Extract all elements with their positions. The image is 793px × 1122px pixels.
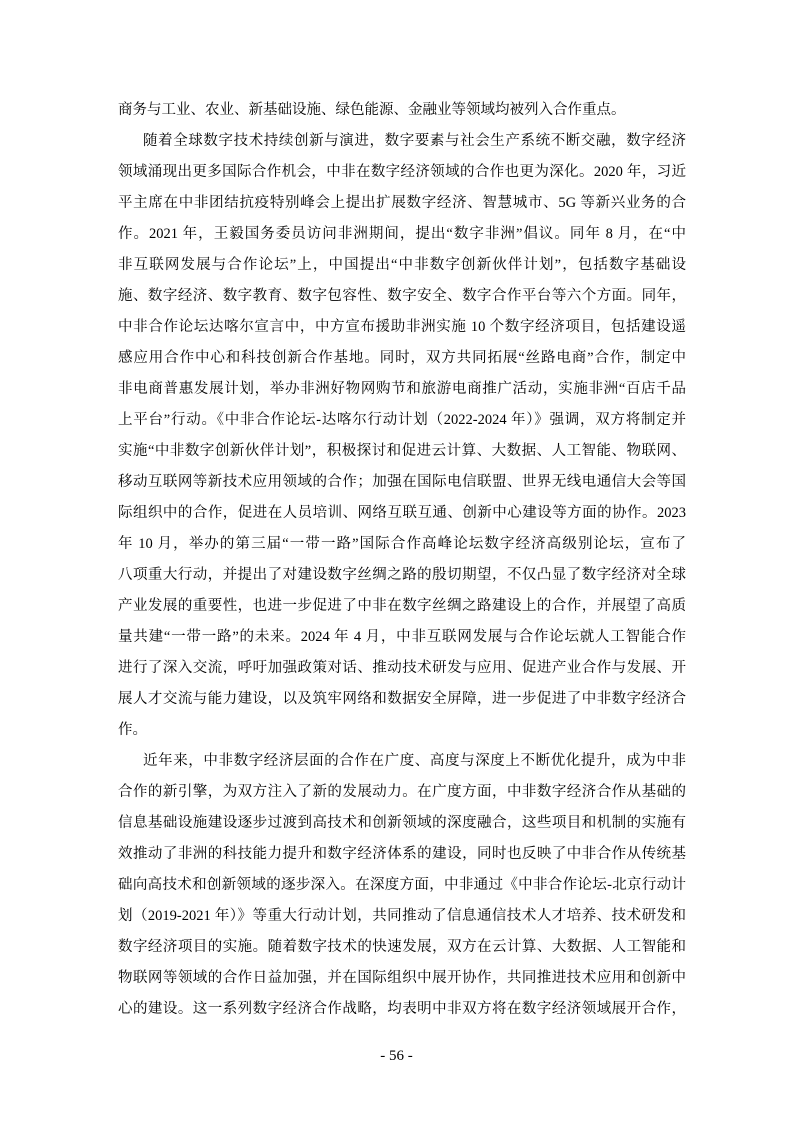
text-line: 八项重大行动，并提出了对建设数字丝绸之路的殷切期望，不仅凸显了数字经济对全球 xyxy=(118,560,686,591)
text-line: 年 10 月，举办的第三届“一带一路”国际合作高峰论坛数字经济高级别论坛，宣布了 xyxy=(118,529,686,560)
text-line: 上平台”行动。《中非合作论坛-达喀尔行动计划（2022-2024 年）》强调，双… xyxy=(118,405,686,436)
text-line: 作。2021 年，王毅国务委员访问非洲期间，提出“数字非洲”倡议。同年 8 月，… xyxy=(118,219,686,250)
page-number: - 56 - xyxy=(380,1048,413,1064)
text-line: 平主席在中非团结抗疫特别峰会上提出扩展数字经济、智慧城市、5G 等新兴业务的合 xyxy=(118,188,686,219)
text-line: 中非合作论坛达喀尔宣言中，中方宣布援助非洲实施 10 个数字经济项目，包括建设遥 xyxy=(118,312,686,343)
text-line: 划（2019-2021 年）》等重大行动计划，共同推动了信息通信技术人才培养、技… xyxy=(118,901,686,932)
text-line: 进行了深入交流，呼吁加强政策对话、推动技术研发与应用、促进产业合作与发展、开 xyxy=(118,653,686,684)
text-line: 展人才交流与能力建设，以及筑牢网络和数据安全屏障，进一步促进了中非数字经济合 xyxy=(118,684,686,715)
text-line: 数字经济项目的实施。随着数字技术的快速发展，双方在云计算、大数据、人工智能和 xyxy=(118,932,686,963)
text-line: 随着全球数字技术持续创新与演进，数字要素与社会生产系统不断交融，数字经济 xyxy=(118,126,686,157)
text-line: 施、数字经济、数字教育、数字包容性、数字安全、数字合作平台等六个方面。同年， xyxy=(118,281,686,312)
text-line: 际组织中的合作，促进在人员培训、网络互联互通、创新中心建设等方面的协作。2023 xyxy=(118,498,686,529)
document-body: 商务与工业、农业、新基础设施、绿色能源、金融业等领域均被列入合作重点。随着全球数… xyxy=(118,95,686,1025)
text-line: 近年来，中非数字经济层面的合作在广度、高度与深度上不断优化提升，成为中非 xyxy=(118,746,686,777)
text-line: 商务与工业、农业、新基础设施、绿色能源、金融业等领域均被列入合作重点。 xyxy=(118,95,686,126)
text-line: 作。 xyxy=(118,715,686,746)
text-line: 非互联网发展与合作论坛”上，中国提出“中非数字创新伙伴计划”，包括数字基础设 xyxy=(118,250,686,281)
text-line: 础向高技术和创新领域的逐步深入。在深度方面，中非通过《中非合作论坛-北京行动计 xyxy=(118,870,686,901)
page-footer: - 56 - xyxy=(0,1044,793,1068)
text-line: 物联网等领域的合作日益加强，并在国际组织中展开协作，共同推进技术应用和创新中 xyxy=(118,963,686,994)
text-line: 合作的新引擎，为双方注入了新的发展动力。在广度方面，中非数字经济合作从基础的 xyxy=(118,777,686,808)
text-line: 心的建设。这一系列数字经济合作战略，均表明中非双方将在数字经济领域展开合作， xyxy=(118,994,686,1025)
text-line: 领域涌现出更多国际合作机会，中非在数字经济领域的合作也更为深化。2020 年，习… xyxy=(118,157,686,188)
text-line: 信息基础设施建设逐步过渡到高技术和创新领域的深度融合，这些项目和机制的实施有 xyxy=(118,808,686,839)
text-line: 非电商普惠发展计划，举办非洲好物网购节和旅游电商推广活动，实施非洲“百店千品 xyxy=(118,374,686,405)
text-line: 量共建“一带一路”的未来。2024 年 4 月，中非互联网发展与合作论坛就人工智… xyxy=(118,622,686,653)
text-line: 实施“中非数字创新伙伴计划”，积极探讨和促进云计算、大数据、人工智能、物联网、 xyxy=(118,436,686,467)
document-page: 商务与工业、农业、新基础设施、绿色能源、金融业等领域均被列入合作重点。随着全球数… xyxy=(0,0,793,1122)
text-line: 效推动了非洲的科技能力提升和数字经济体系的建设，同时也反映了中非合作从传统基 xyxy=(118,839,686,870)
text-line: 感应用合作中心和科技创新合作基地。同时，双方共同拓展“丝路电商”合作，制定中 xyxy=(118,343,686,374)
text-line: 移动互联网等新技术应用领域的合作；加强在国际电信联盟、世界无线电通信大会等国 xyxy=(118,467,686,498)
text-line: 产业发展的重要性，也进一步促进了中非在数字丝绸之路建设上的合作，并展望了高质 xyxy=(118,591,686,622)
